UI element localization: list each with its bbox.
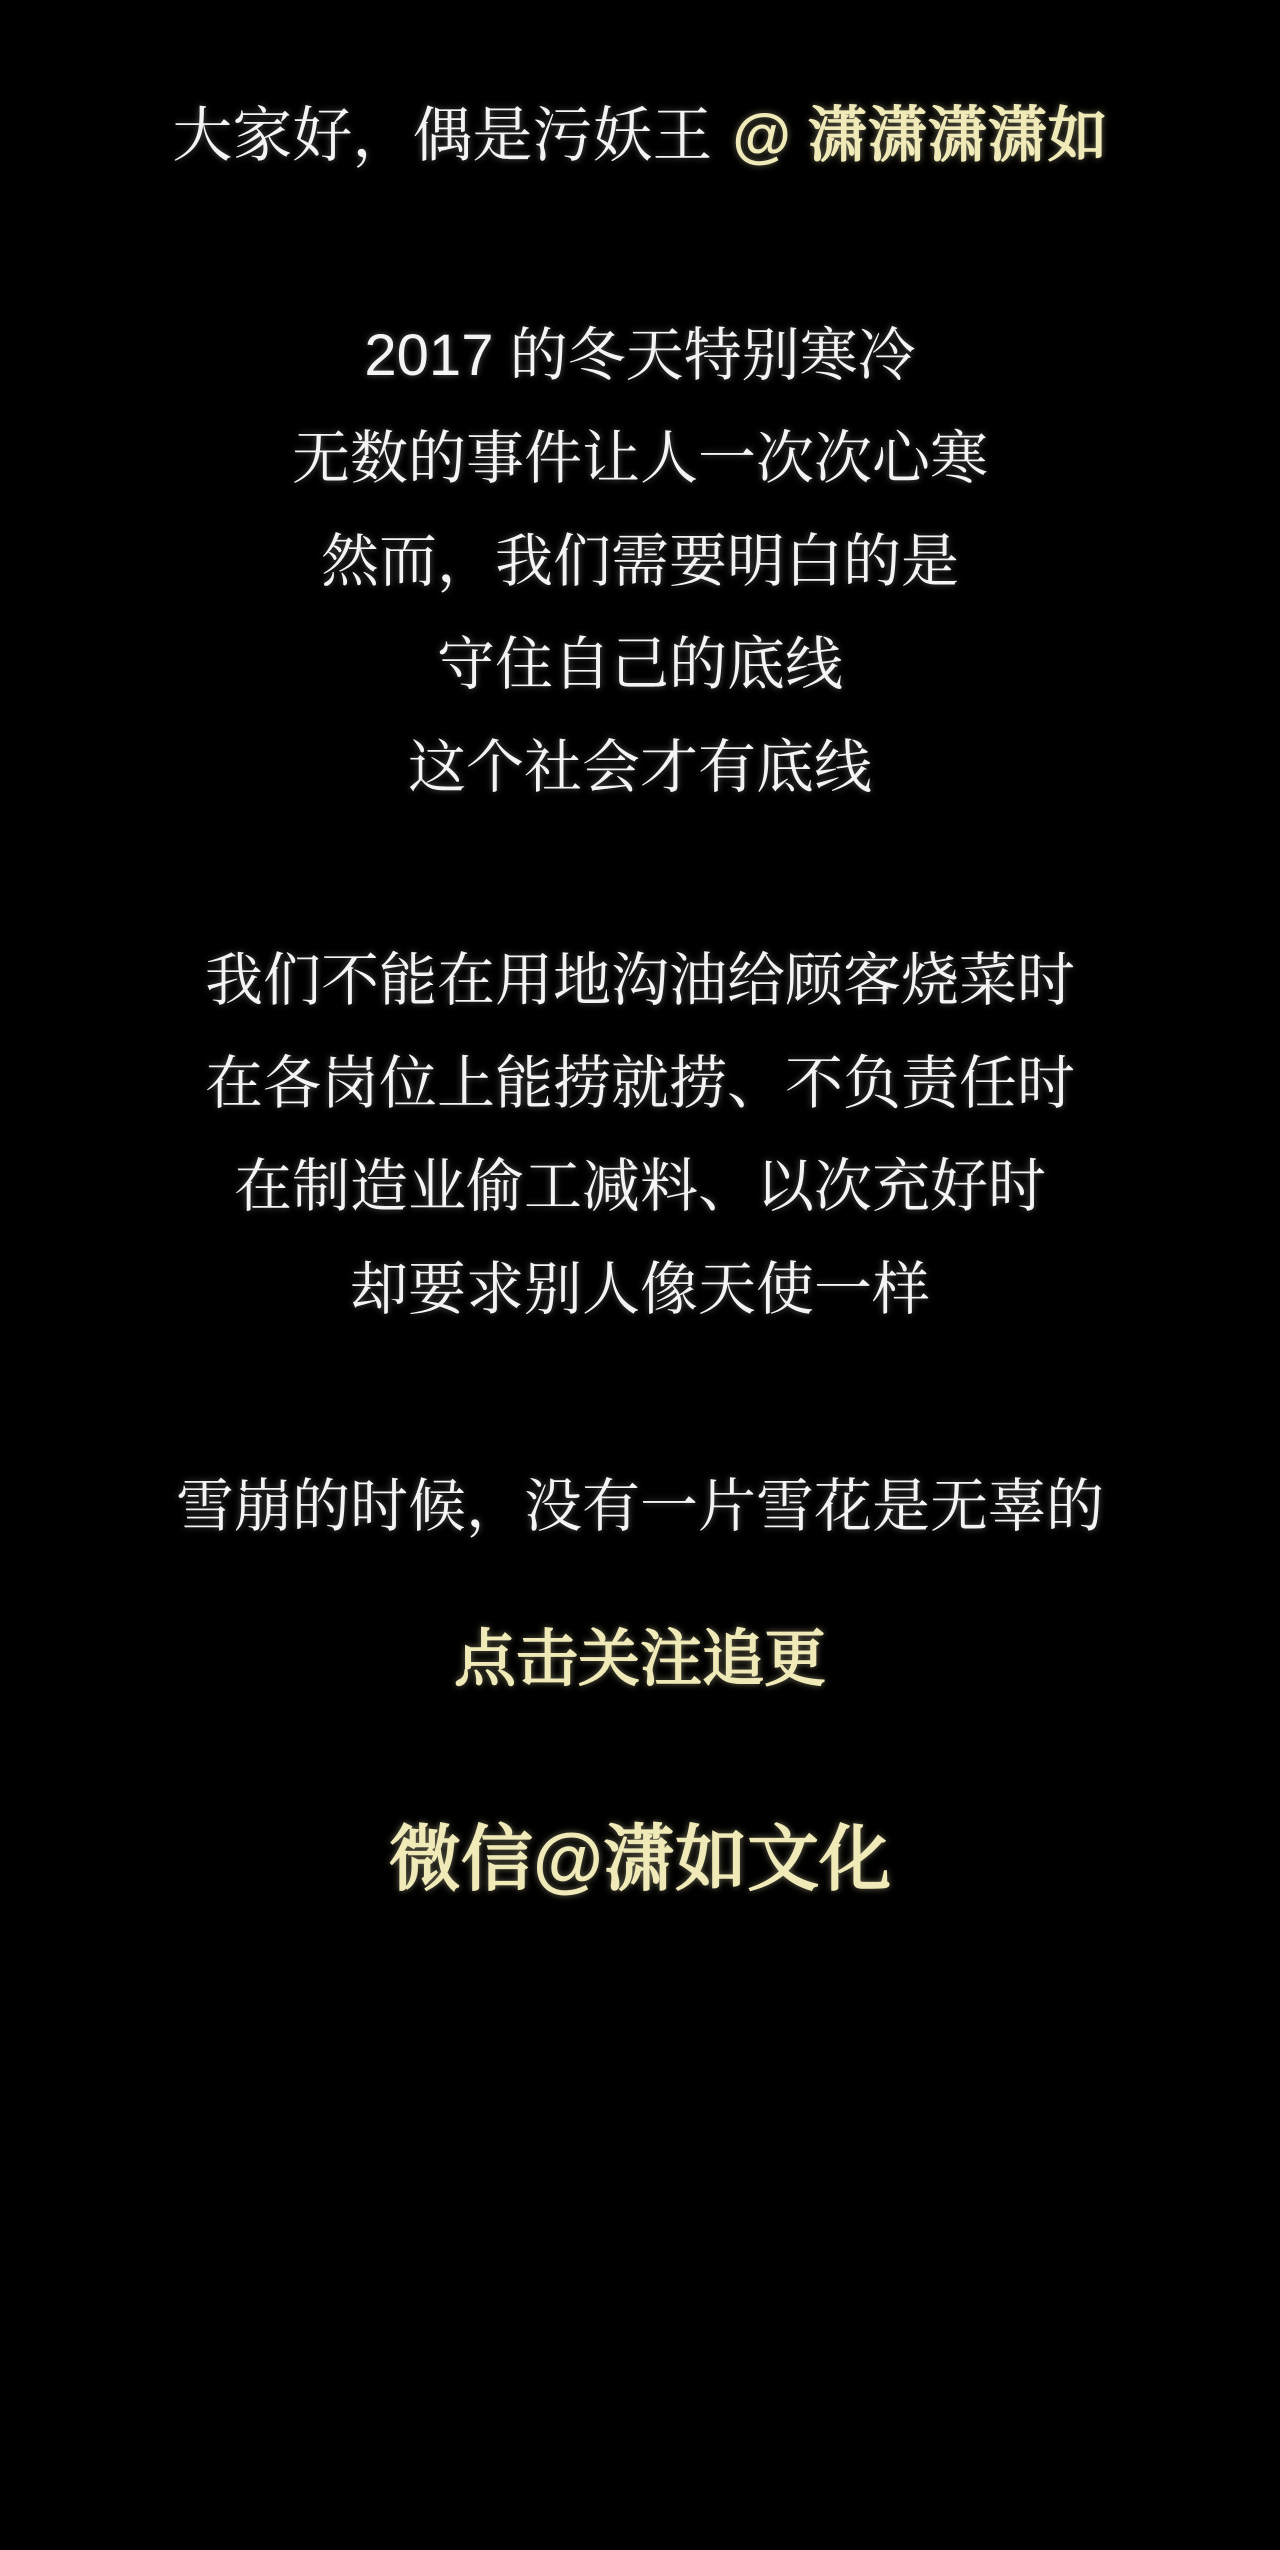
stanza2-line-1: 我们不能在用地沟油给顾客烧菜时 (0, 929, 1280, 1032)
follow-cta-button[interactable]: 点击关注追更 (0, 1612, 1280, 1708)
author-handle-mention[interactable]: @ 潇潇潇潇如 (732, 102, 1107, 169)
stanza2-line-3: 在制造业偷工减料、以次充好时 (0, 1135, 1280, 1238)
stanza2-line-2: 在各岗位上能捞就捞、不负责任时 (0, 1032, 1280, 1135)
stanza1-line-1: 2017 的冬天特别寒冷 (0, 304, 1280, 407)
stanza2-line-4: 却要求别人像天使一样 (0, 1238, 1280, 1341)
stanza1-line-3: 然而，我们需要明白的是 (0, 510, 1280, 613)
intro-line: 大家好，偶是污妖王@ 潇潇潇潇如 (0, 100, 1280, 172)
stanza1-line-2: 无数的事件让人一次次心寒 (0, 407, 1280, 510)
poster-background: 大家好，偶是污妖王@ 潇潇潇潇如 2017 的冬天特别寒冷 无数的事件让人一次次… (0, 0, 1280, 2550)
stanza1-line-4: 守住自己的底线 (0, 613, 1280, 716)
wechat-handle[interactable]: 微信@潇如文化 (0, 1804, 1280, 1916)
intro-greeting: 大家好，偶是污妖王 (172, 102, 712, 169)
snowflake-quote: 雪崩的时候，没有一片雪花是无辜的 (0, 1455, 1280, 1558)
stanza1-line-5: 这个社会才有底线 (0, 716, 1280, 819)
